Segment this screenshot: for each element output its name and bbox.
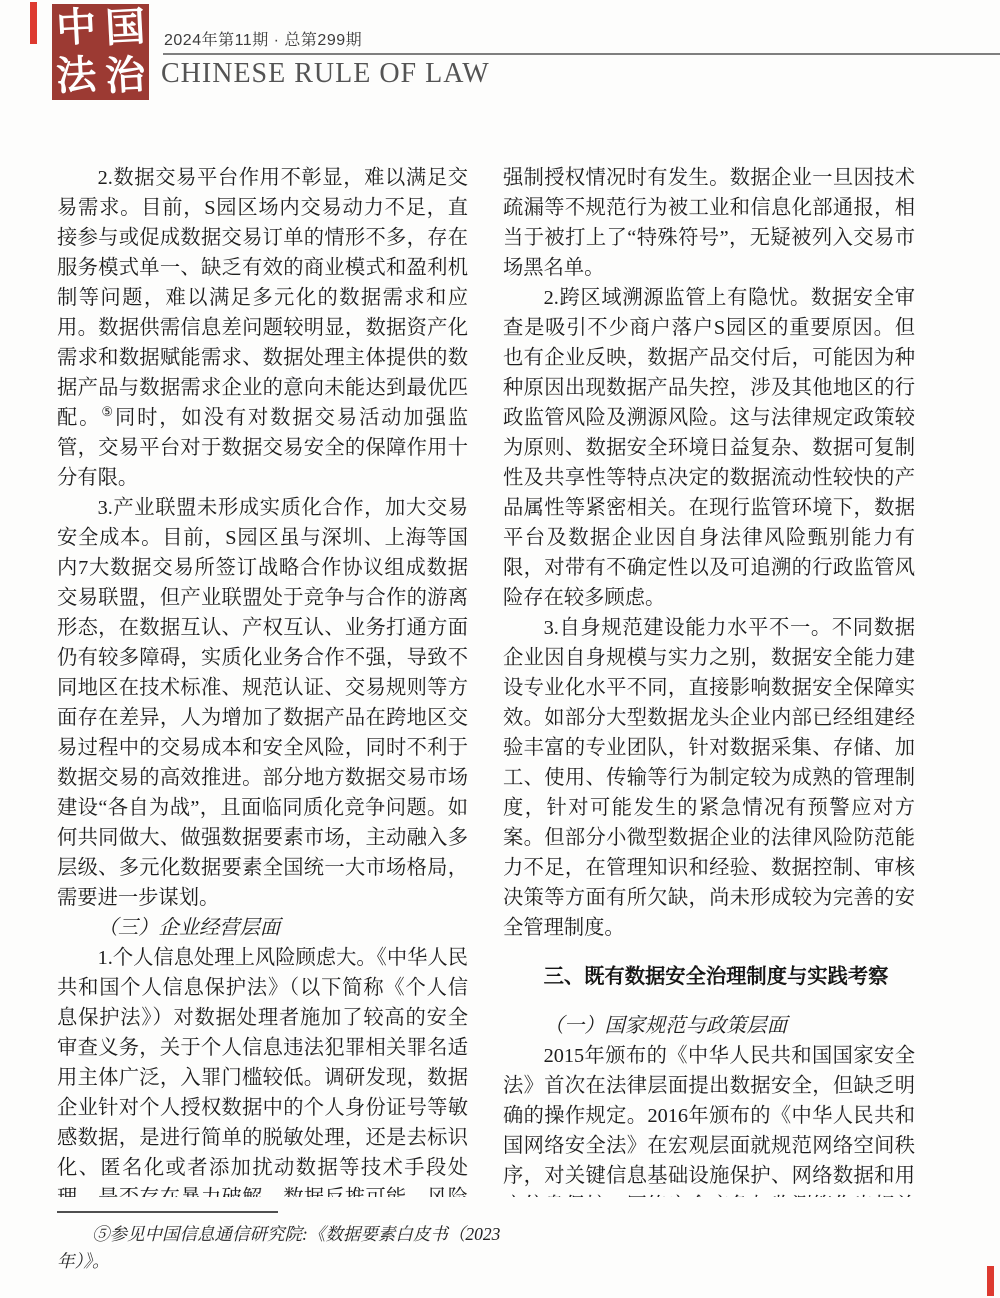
body-paragraph: 1.个人信息处理上风险顾虑大。《中华人民共和国个人信息保护法》（以下简称《个人信… <box>57 943 468 1197</box>
body-paragraph: 2.跨区域溯源监管上有隐忧。数据安全审查是吸引不少商户落户S园区的重要原因。但也… <box>503 283 915 613</box>
logo-character: 国 <box>99 3 150 53</box>
edge-mark-top-left <box>30 2 37 44</box>
issue-line: 2024年第11期 · 总第299期 <box>164 27 362 50</box>
section-heading: 三、既有数据安全治理制度与实践考察 <box>503 962 915 992</box>
body-paragraph: 强制授权情况时有发生。数据企业一旦因技术疏漏等不规范行为被工业和信息化部通报，相… <box>503 163 915 283</box>
text-column-left: 2.数据交易平台作用不彰显，难以满足交易需求。目前，S园区场内交易动力不足，直接… <box>57 163 468 1197</box>
edge-mark-bottom-right <box>987 1266 994 1296</box>
header-rule <box>163 53 1000 55</box>
logo-character: 中 <box>51 3 102 53</box>
footnote: ⑤参见中国信息通信研究院:《数据要素白皮书（2023年）》。 <box>57 1221 527 1275</box>
body-paragraph: 3.产业联盟未形成实质化合作，加大交易安全成本。目前，S园区虽与深圳、上海等国内… <box>57 493 468 913</box>
footnote-rule <box>57 1211 278 1213</box>
journal-page: 中国法治 2024年第11期 · 总第299期 CHINESE RULE OF … <box>0 0 1000 1298</box>
journal-logo: 中国法治 <box>52 4 149 100</box>
logo-character: 治 <box>99 51 150 101</box>
journal-name-english: CHINESE RULE OF LAW <box>161 58 490 90</box>
logo-character: 法 <box>51 51 102 101</box>
body-paragraph: 2.数据交易平台作用不彰显，难以满足交易需求。目前，S园区场内交易动力不足，直接… <box>57 163 468 493</box>
body-paragraph: 2015年颁布的《中华人民共和国国家安全法》首次在法律层面提出数据安全，但缺乏明… <box>503 1041 915 1197</box>
body-paragraph: 3.自身规范建设能力水平不一。不同数据企业因自身规模与实力之别，数据安全能力建设… <box>503 613 915 943</box>
text-column-right: 强制授权情况时有发生。数据企业一旦因技术疏漏等不规范行为被工业和信息化部通报，相… <box>503 163 915 1197</box>
subsection-heading: （一）国家规范与政策层面 <box>503 1011 915 1041</box>
subsection-heading: （三）企业经营层面 <box>57 913 468 943</box>
footnote-reference-marker: ⑤ <box>101 404 115 419</box>
